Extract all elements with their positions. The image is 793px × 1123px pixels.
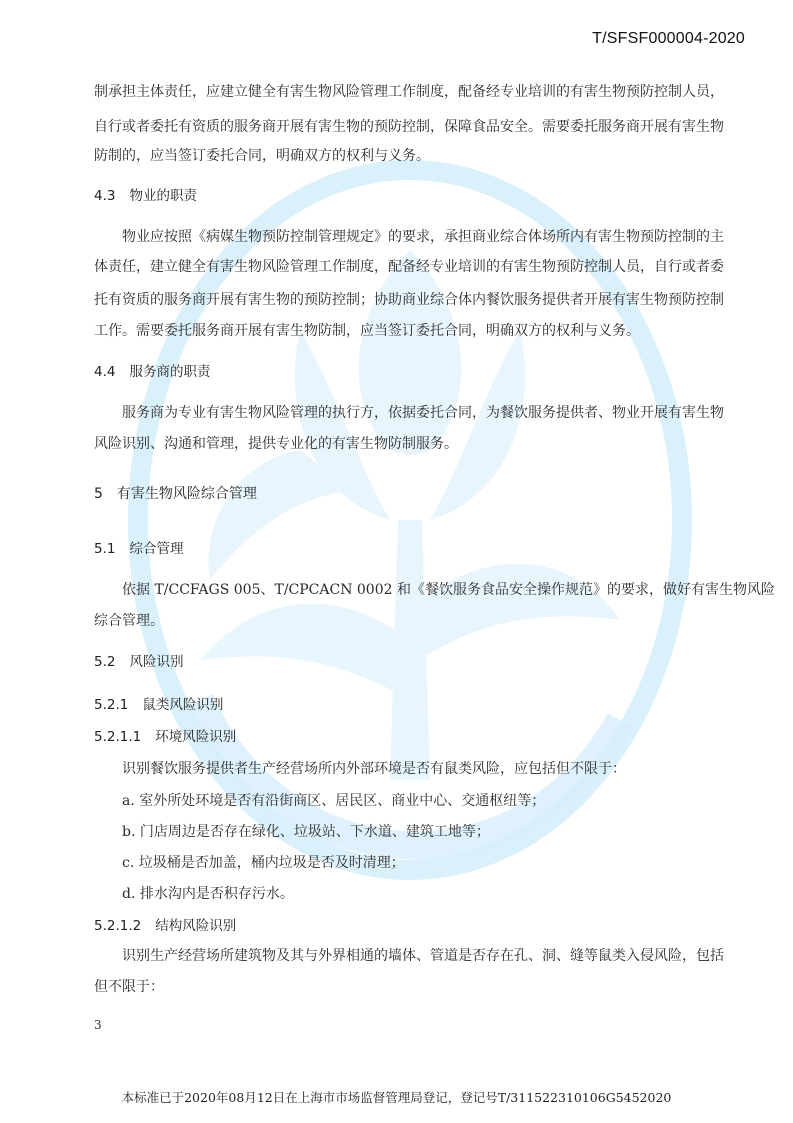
section-title: 物业的职责 (129, 188, 197, 204)
section-heading-5-2-1: 5.2.1鼠类风险识别 (94, 695, 223, 715)
section-number: 5.2 (94, 652, 115, 672)
section-number: 5.2.1.1 (94, 727, 141, 747)
paragraph-line: 识别餐饮服务提供者生产经营场所内外部环境是否有鼠类风险，应包括但不限于： (122, 759, 626, 779)
paragraph-line: 体责任，建立健全有害生物风险管理工作制度，配备经专业培训的有害生物预防控制人员，… (94, 257, 724, 277)
paragraph-line: 风险识别、沟通和管理，提供专业化的有害生物防制服务。 (94, 434, 458, 454)
paragraph-line: 识别生产经营场所建筑物及其与外界相通的墙体、管道是否存在孔、洞、缝等鼠类入侵风险… (122, 946, 724, 966)
section-heading-5: 5有害生物风险综合管理 (94, 484, 257, 504)
section-number: 5 (94, 484, 103, 504)
list-item: b. 门店周边是否存在绿化、垃圾站、下水道、建筑工地等； (122, 822, 490, 842)
paragraph-line: 托有资质的服务商开展有害生物的预防控制；协助商业综合体内餐饮服务提供者开展有害生… (94, 290, 724, 310)
section-number: 5.2.1.2 (94, 916, 141, 936)
section-heading-5-2-1-2: 5.2.1.2结构风险识别 (94, 916, 236, 936)
paragraph-line: 物业应按照《病媒生物预防控制管理规定》的要求，承担商业综合体场所内有害生物预防控… (122, 227, 724, 247)
paragraph-line: 服务商为专业有害生物风险管理的执行方，依据委托合同，为餐饮服务提供者、物业开展有… (122, 403, 724, 423)
paragraph-line: 依据 T/CCFAGS 005、T/CPCACN 0002 和《餐饮服务食品安全… (122, 580, 775, 600)
paragraph-line: 综合管理。 (94, 611, 164, 631)
section-heading-5-2-1-1: 5.2.1.1环境风险识别 (94, 727, 236, 747)
section-title: 服务商的职责 (129, 364, 210, 380)
section-title: 综合管理 (129, 541, 183, 557)
paragraph-line: 工作。需要委托服务商开展有害生物防制，应当签订委托合同，明确双方的权利与义务。 (94, 321, 640, 341)
section-number: 4.4 (94, 362, 115, 382)
section-title: 结构风险识别 (155, 918, 236, 934)
section-number: 4.3 (94, 186, 115, 206)
section-title: 有害生物风险综合管理 (117, 486, 257, 502)
list-item: a. 室外所处环境是否有沿街商区、居民区、商业中心、交通枢纽等； (122, 791, 545, 811)
list-item: c. 垃圾桶是否加盖，桶内垃圾是否及时清理； (122, 853, 405, 873)
section-title: 鼠类风险识别 (142, 697, 223, 713)
paragraph-line: 但不限于： (94, 977, 164, 997)
document-body: 制承担主体责任，应建立健全有害生物风险管理工作制度，配备经专业培训的有害生物预防… (0, 0, 793, 1123)
section-heading-4-3: 4.3物业的职责 (94, 186, 197, 206)
section-heading-5-2: 5.2风险识别 (94, 652, 183, 672)
section-title: 风险识别 (129, 654, 183, 670)
section-number: 5.2.1 (94, 695, 128, 715)
paragraph-line: 自行或者委托有资质的服务商开展有害生物的预防控制，保障食品安全。需要委托服务商开… (94, 117, 724, 137)
list-item: d. 排水沟内是否积存污水。 (122, 884, 294, 904)
paragraph-line: 防制的，应当签订委托合同，明确双方的权利与义务。 (94, 146, 430, 166)
paragraph-line: 制承担主体责任，应建立健全有害生物风险管理工作制度，配备经专业培训的有害生物预防… (94, 82, 724, 102)
section-number: 5.1 (94, 539, 115, 559)
section-title: 环境风险识别 (155, 729, 236, 745)
page-number: 3 (94, 1018, 102, 1032)
section-heading-5-1: 5.1综合管理 (94, 539, 183, 559)
registration-footer: 本标准已于2020年08月12日在上海市市场监督管理局登记，登记号T/31152… (0, 1088, 793, 1106)
section-heading-4-4: 4.4服务商的职责 (94, 362, 210, 382)
